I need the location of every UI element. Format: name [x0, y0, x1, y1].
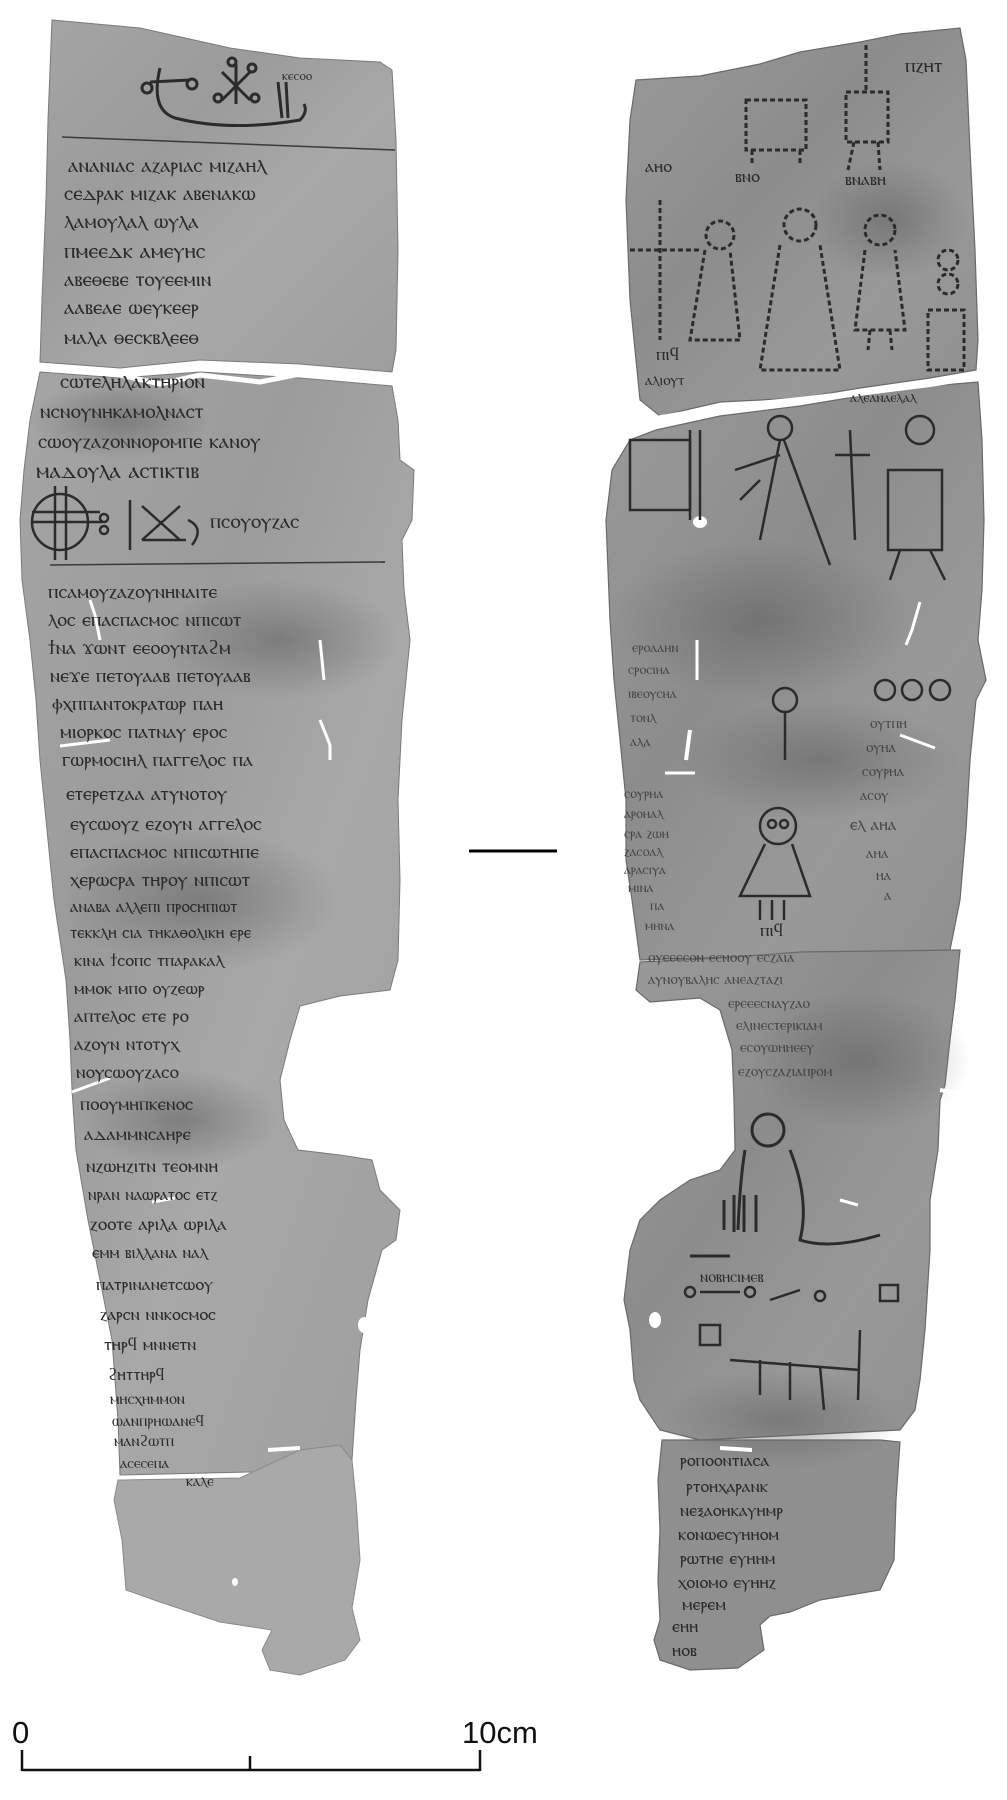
text-line: ⲁⲛⲁⲃⲁ ⲁⲗⲗⲉⲡⲓ ⲡⲣⲟⲥⲏⲡⲓⲱⲧ: [70, 897, 237, 917]
text-line: ⲍⲁⲥⲟⲁⲗ: [624, 844, 664, 860]
text-line: ⲡⲙⲉⲉⲇⲕ ⲁⲙⲉⲩⲏⲥ: [64, 239, 206, 264]
text-line: ⲣⲧⲟⲏⲭⲁⲣⲁⲛⲕ: [686, 1476, 768, 1497]
text-line: ⲛⲉϫⲉ ⲡⲉⲧⲟⲩⲁⲁⲃ ⲡⲉⲧⲟⲩⲁⲁⲃ: [50, 663, 251, 687]
text-line: ⲕⲟⲛⲱⲉⲥⲩⲏⲏⲟⲙ: [678, 1524, 779, 1545]
text-line: ⲅⲱⲣⲙⲟⲥⲓⲏⲗ ⲡⲁⲅⲅⲉⲗⲟⲥ ⲡⲁ: [62, 747, 253, 771]
text-line: ⲉⲏⲏ: [672, 1616, 698, 1637]
text-line: ⲍⲁⲣⲥⲛ ⲛⲛⲕⲟⲥⲙⲟⲥ: [100, 1304, 216, 1325]
text-line: ⲁⲗⲁ: [630, 734, 651, 750]
text-line: ⲉⲗⲓⲛⲉⲥⲧⲉⲣⲓⲕⲓⲁⲙ: [736, 1016, 823, 1034]
scale-end-label: 10cm: [462, 1717, 538, 1748]
hole: [649, 1312, 661, 1328]
text-line: ϩⲏⲧⲧⲏⲣϥ: [108, 1365, 165, 1385]
text-line: ⲁⲩⲛⲟⲩⲃⲁⲗⲏⲥ ⲁⲛⲉⲁⲍⲧⲁⲍⲓ: [648, 970, 783, 988]
text-line: ⲡⲁⲧⲣⲓⲛⲁⲛⲉⲧⲥⲱⲟⲩ: [96, 1274, 213, 1295]
text-line: ⲥⲟⲩⲣⲏⲁ: [624, 786, 663, 802]
text-line: ⲛⲣⲁⲛ ⲛⲁⲱⲣⲁⲧⲟⲥ ⲉⲧⲍ: [88, 1185, 218, 1205]
figure: ⲕⲉⲥⲟⲟ ⲁⲛⲁⲛⲓⲁⲥ ⲁⲍⲁⲣⲓⲁⲥ ⲙⲓⲍⲁⲏⲗ ⲥⲉⲇⲣⲁⲕ ⲙⲓⲍⲁ…: [0, 0, 1007, 1800]
text-line: ⲡⲁ: [650, 898, 664, 914]
text-line: ⲣⲱⲧⲏⲉ ⲉⲩⲏⲏⲙ: [680, 1548, 776, 1569]
figure-label: ⲡⲓϥ: [656, 344, 680, 365]
text-line: ⲥⲱⲟⲩⲍⲁⲍⲟⲛⲛⲟⲣⲟⲙⲡⲉ ⲕⲁⲛⲟⲩ: [38, 429, 261, 453]
text-line: ⲁⲍⲟⲩⲛ ⲛⲧⲟⲧⲩⲭ: [74, 1033, 181, 1055]
text-line: ⲕⲁⲗⲉ: [186, 1472, 214, 1490]
text-line: ⲁⲣⲟⲏⲁⲗ: [624, 806, 665, 822]
text-line: ⲉⲗ ⲁⲏⲁ: [850, 815, 897, 835]
text-line: ⲉⲣⲉⲉⲉⲥⲛⲁⲩⲍⲁⲟ: [728, 994, 811, 1012]
text-line: ⲍⲟⲟⲧⲉ ⲁⲣⲓⲗⲁ ⲱⲣⲓⲗⲁ: [90, 1213, 227, 1235]
text-line: ⲁⲁⲃⲉⲁⲉ ⲱⲉⲩⲕⲉⲉⲣ: [64, 295, 199, 319]
text-line: ⲏⲟⲃ: [672, 1640, 697, 1661]
text-line: ⲁⲣⲁⲥⲓⲩⲁ: [624, 862, 666, 878]
text-line: ⲛⲍⲱⲏⲍⲓⲧⲛ ⲧⲉⲟⲙⲛⲏ: [86, 1155, 219, 1177]
text-line: ⲥⲣⲟⲥⲓⲏⲁ: [628, 662, 670, 678]
scale-bar: [22, 1750, 480, 1771]
text-line: ⲁⲡⲧⲉⲗⲟⲥ ⲉⲧⲉ ⲣⲟ: [74, 1005, 189, 1027]
hole: [232, 1578, 238, 1586]
text-line: ⲗⲟⲥ ⲉⲡⲁⲥⲡⲁⲥⲙⲟⲥ ⲛⲡⲓⲥⲱⲧ: [48, 607, 242, 631]
text-line: ⲙⲁⲛϩⲱⲧⲡ: [114, 1431, 175, 1450]
text-line: ⲁⲇⲁⲙⲙⲛⲥⲁⲏⲣⲉ: [84, 1123, 191, 1145]
text-line: ⲁⲏⲁ: [866, 844, 889, 862]
text-line: ⲉⲩⲥⲱⲟⲩⲍ ⲉⲍⲟⲩⲛ ⲁⲅⲅⲉⲗⲟⲥ: [70, 811, 262, 835]
figure-label: ⲃⲛⲟ: [735, 166, 760, 187]
crack-line-text: ⲁⲗⲉⲁⲛⲁⲉⲗⲁⲗ: [850, 390, 918, 406]
top-annotation: ⲕⲉⲥⲟⲟ: [282, 69, 313, 84]
text-line: ⲙⲉⲣⲉⲙ: [682, 1594, 726, 1615]
text-line: ⲭⲟⲓⲟⲙⲟ ⲉⲩⲏⲏⲍ: [678, 1572, 777, 1593]
text-line: ⲧⲏⲣϥ ⲙⲛⲛⲉⲧⲛ: [104, 1334, 196, 1355]
text-line: ⲁⲛⲁⲛⲓⲁⲥ ⲁⲍⲁⲣⲓⲁⲥ ⲙⲓⲍⲁⲏⲗ: [68, 153, 268, 177]
text-line: ⲉⲙⲙ ⲃⲓⲗⲗⲁⲛⲁ ⲛⲁⲗ: [92, 1243, 210, 1263]
text-line: ⲙⲓⲛⲁ: [628, 880, 654, 896]
text-line: ⲉⲡⲁⲥⲡⲁⲥⲙⲟⲥ ⲛⲡⲓⲥⲱⲧⲏⲡⲉ: [70, 839, 259, 863]
crack: [268, 1448, 300, 1450]
text-line: ⲕⲓⲛⲁ ϯⲥⲟⲡⲥ ⲧⲡⲁⲣⲁⲕⲁⲗ: [74, 950, 226, 971]
verso-fragment: ⲡⲍⲏⲧ: [606, 28, 986, 1670]
text-line: ⲉⲣⲟⲁⲁⲏⲛ: [632, 640, 679, 656]
text-line: ⲙⲏⲥⲭⲏⲙⲙⲟⲛ: [110, 1389, 185, 1408]
text-line: ⲙⲏⲛⲁ: [645, 918, 674, 934]
text-line: ⲥⲉⲇⲣⲁⲕ ⲙⲓⲍⲁⲕ ⲁⲃⲉⲛⲁⲕⲱ: [64, 181, 256, 205]
text-line: ⲙⲁⲗⲁ ⲑⲉⲥⲕⲃⲗⲉⲉⲑ: [64, 325, 199, 349]
text-line: ⲭⲉⲣⲱⲥⲣⲁ ⲧⲏⲣⲟⲩ ⲛⲡⲓⲥⲱⲧ: [70, 867, 250, 891]
text-line: ⲟⲩⲧⲡⲏ: [870, 714, 907, 732]
text-line: ⲗⲁⲙⲟⲩⲗⲁⲗ ⲱⲩⲗⲁ: [64, 209, 199, 233]
text-line: ⲣⲟⲡⲟⲟⲛⲧⲓⲁⲥⲁ: [680, 1450, 769, 1471]
top-right-text: ⲡⲍⲏⲧ: [905, 53, 943, 77]
figure-label: ⲃⲛⲁⲃⲏ: [845, 169, 886, 190]
text-line: ⲫⲭⲡⲡⲁⲛⲧⲟⲕⲣⲁⲧⲱⲣ ⲡⲁⲏ: [52, 691, 223, 715]
text-line: ⲧⲟⲛⲗ: [630, 710, 658, 726]
text-line: ⲁⲃⲉⲑⲉⲃⲉ ⲧⲟⲩⲉⲉⲙⲓⲛ: [64, 267, 212, 291]
figure-label: ⲁⲏⲟ: [645, 156, 672, 177]
figure-label: ⲁⲗⲓⲟⲩⲧ: [645, 371, 685, 389]
text-line: ⲁ: [884, 886, 892, 904]
text-line: ⲛⲉⲝⲁⲟⲏⲕⲁⲩⲏⲙⲣ: [680, 1500, 783, 1521]
text-line: ⲡⲟⲟⲩⲙⲏⲡⲕⲉⲛⲟⲥ: [80, 1093, 193, 1115]
text-line: ⲱⲁⲛⲡⲣⲏⲱⲁⲛⲉϥ: [112, 1411, 205, 1430]
text-line: ⲡⲥⲁⲙⲟⲩⲍⲁⲍⲟⲩⲛⲏⲛⲁⲓⲧⲉ: [48, 579, 217, 603]
text-line: ⲙⲙⲟⲕ ⲙⲡⲟ ⲟⲩⲍⲉⲱⲣ: [74, 978, 205, 999]
scale-start-label: 0: [12, 1717, 29, 1748]
text-line: ⲡⲥⲟⲩⲟⲩⲍⲁⲥ: [210, 509, 299, 533]
text-line: ⲏⲁ: [876, 866, 892, 884]
text-line: ϯⲛⲁ ϫⲱⲛⲧ ⲉⲉⲟⲟⲩⲛⲧⲁϩⲙ: [48, 635, 231, 659]
text-line: ⲁⲥⲟⲩ: [860, 786, 889, 804]
text-line: ⲁⲥⲉⲥⲉⲡⲁ: [120, 1454, 170, 1472]
text-line: ⲧⲉⲕⲕⲗⲏ ⲥⲓⲁ ⲧⲏⲕⲁⲑⲟⲗⲓⲕⲏ ⲉⲣⲉ: [70, 923, 252, 943]
text-line: ⲙⲁⲇⲟⲩⲗⲁ ⲁⲥⲧⲓⲕⲧⲓⲃ: [36, 458, 199, 484]
text-line: ⲥⲣⲁ ⲍⲱⲏ: [624, 826, 669, 842]
recto-lower-piece: [114, 1445, 360, 1675]
text-line: ⲉⲍⲟⲩⲥⲍⲁⲍⲓⲁⲡⲣⲟⲙ: [738, 1062, 832, 1080]
manuscript-figure: ⲕⲉⲥⲟⲟ ⲁⲛⲁⲛⲓⲁⲥ ⲁⲍⲁⲣⲓⲁⲥ ⲙⲓⲍⲁⲏⲗ ⲥⲉⲇⲣⲁⲕ ⲙⲓⲍⲁ…: [0, 0, 1007, 1800]
text-line: ⲛⲥⲛⲟⲩⲛⲏⲕⲁⲙⲟⲗⲛⲁⲥⲧ: [40, 399, 204, 423]
text-line: ⲟⲩⲏⲁ: [866, 738, 897, 756]
figure-label-pis: ⲡⲓϥ: [760, 920, 784, 941]
text-line: ⲙⲓⲟⲣⲕⲟⲥ ⲡⲁⲧⲛⲁⲩ ⲉⲣⲟⲥ: [60, 719, 228, 743]
text-line: ⲛⲟⲩⲥⲱⲟⲩⲍⲁⲥⲟ: [76, 1061, 179, 1083]
text-line: ⲓⲃⲉⲟⲩⲥⲏⲁ: [628, 686, 677, 702]
text-line: ⲥⲱⲧⲉⲗⲏⲗⲁⲕⲧⲏⲣⲓⲟⲛ: [60, 369, 205, 393]
text-line: ⲉⲧⲉⲣⲉⲧⲍⲁⲁ ⲁⲧⲩⲛⲟⲧⲟⲩ: [66, 781, 227, 805]
text-line: ⲉⲥⲟⲩⲱⲏⲏⲉⲉⲩ: [740, 1038, 814, 1056]
text-line: ⲛⲟⲃⲏⲥⲓⲙⲉⲃ: [700, 1267, 764, 1286]
hole: [358, 1317, 370, 1333]
text-line: ⲟⲩⲉⲉⲉⲥⲟⲛ ⲉⲥⲛⲟⲟⲩ ⲉⲥⲍⲁⲓⲁ: [648, 948, 795, 966]
recto-fragment: ⲕⲉⲥⲟⲟ ⲁⲛⲁⲛⲓⲁⲥ ⲁⲍⲁⲣⲓⲁⲥ ⲙⲓⲍⲁⲏⲗ ⲥⲉⲇⲣⲁⲕ ⲙⲓⲍⲁ…: [20, 20, 414, 1675]
text-line: ⲥⲟⲩⲣⲏⲁ: [862, 762, 905, 780]
